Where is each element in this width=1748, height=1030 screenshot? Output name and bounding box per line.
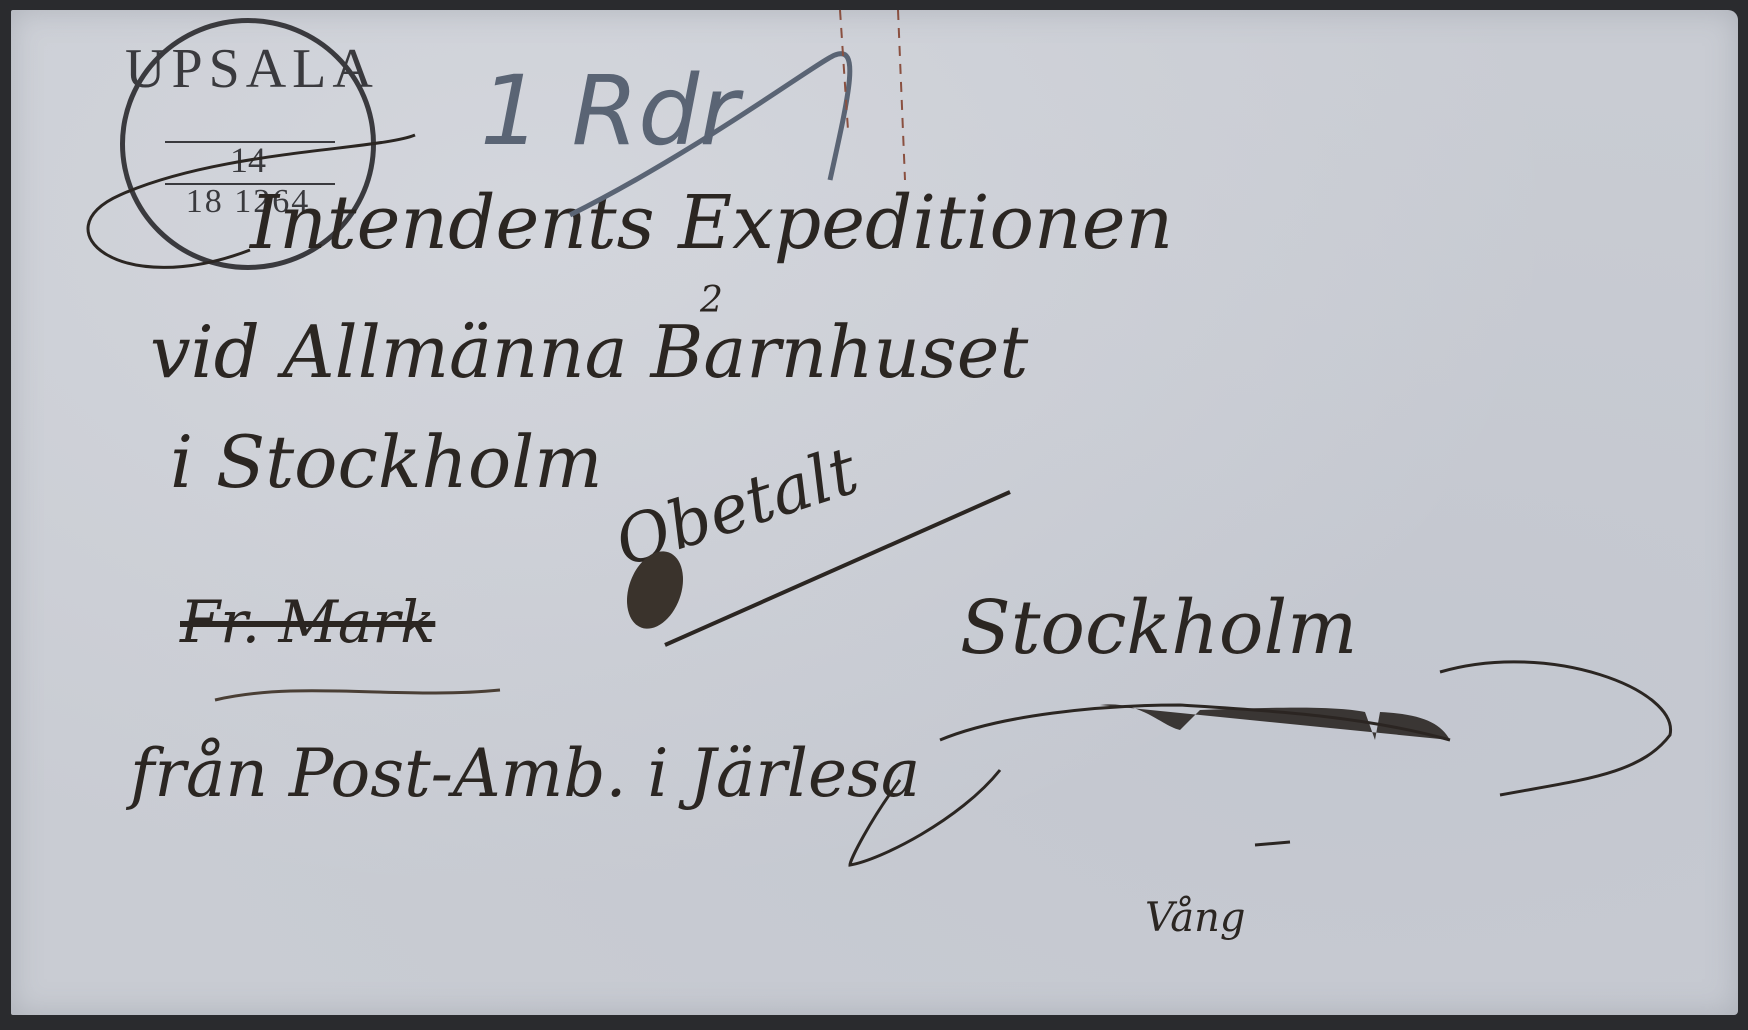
address-line-1: Intendents Expeditionen bbox=[250, 180, 1173, 266]
sender-mark: Vång bbox=[1145, 895, 1245, 941]
destination-city: Stockholm bbox=[960, 585, 1357, 671]
postmark-day: 14 bbox=[125, 139, 371, 181]
pencil-rate-note: 1 Rdr bbox=[480, 55, 739, 167]
address-line-3: i Stockholm bbox=[170, 420, 603, 504]
struck-franco-mark: Fr. Mark bbox=[180, 588, 435, 656]
postmark-town: UPSALA bbox=[125, 37, 371, 101]
address-line-2: vid Allmänna Barnhuset bbox=[150, 310, 1028, 394]
origin-line: från Post-Amb. i Järlesa bbox=[130, 735, 920, 812]
